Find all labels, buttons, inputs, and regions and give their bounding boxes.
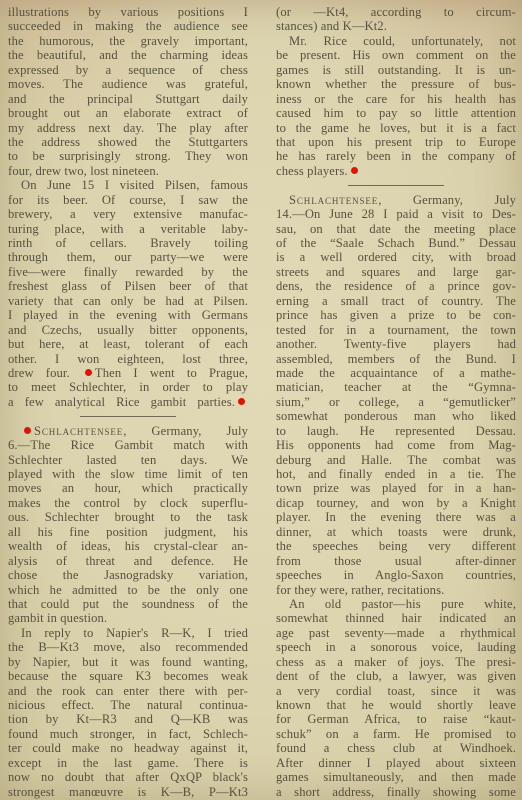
text-line: speech in a sonorous voice, lauding [276,640,516,654]
divider-rule [348,185,444,186]
dateline-place-name: Schlachtensee [34,424,123,438]
text-segment: His opponents had come from Mag- [276,438,516,452]
text-line: the speeches being very different [276,539,516,553]
text-segment: erning a small tract of country. The [276,294,516,308]
text-segment: wealth of ideas, his crystal-clear an- [8,539,248,553]
red-dot-marker-icon [24,427,31,434]
text-segment: for German Africa, to raise “kaut- [276,712,516,726]
text-segment: age past seventy—made a rhythmical [276,626,516,640]
text-segment: dens, the residence of a prince gov- [276,279,516,293]
text-segment: the B—Kt3 move, also recommended [8,640,248,654]
text-segment: chess players. [276,164,348,178]
text-line: succeeded in making the audience see [8,19,248,33]
text-line: that upon his present trip to Europe [276,135,516,149]
text-segment: a very cordial toast, since it was [276,684,516,698]
text-line: chess as a maker of joys. The presi- [276,655,516,669]
text-segment: expressed by a sequence of chess [8,63,248,77]
text-line: town prize was played for in a han- [276,481,516,495]
text-line: a short address, finally showing some [276,785,516,799]
text-line: and Czechs, usually bitter opponents, [8,323,248,337]
text-segment: hot, and finally ended in a tie. The [276,467,516,481]
text-line: my address next day. The play after [8,121,248,135]
text-line: In reply to Napier's R—K, I tried [8,626,248,640]
text-segment: ous. Schlechter brought to the task [8,510,248,524]
text-segment: my address next day. The play after [8,121,248,135]
text-segment: played with the slow time limit of ten [8,467,248,481]
text-line: makes the control by clock superflu- [8,496,248,510]
text-segment: the humorous, the gravely important, [8,34,248,48]
text-segment: speech in a sonorous voice, lauding [276,640,516,654]
text-segment: ter could make no headway against it, [8,741,248,755]
text-line: for German Africa, to raise “kaut- [276,712,516,726]
text-line: prince has given a prize to be con- [276,308,516,322]
text-line: sau, on that date the meeting place [276,222,516,236]
text-line: erning a small tract of country. The [276,294,516,308]
text-segment: and the principal Stuttgart daily [8,92,248,106]
text-line: illustrations by various positions I [8,5,248,19]
text-segment: be present. His own comment on the [276,48,516,62]
text-segment: brewery, a very extensive manufac- [8,207,248,221]
text-segment: caused him to pay so little attention [276,106,516,120]
text-line: to be surprisingly strong. They won [8,149,248,163]
text-line: brewery, a very extensive manufac- [8,207,248,221]
text-segment: and the rook can enter there with per- [8,684,248,698]
text-line: which he admitted to be the only one [8,583,248,597]
text-line: the beautiful, and the charming ideas [8,48,248,62]
text-line: (or —Kt4, according to circum- [276,5,516,19]
text-line: all his fine position judgment, his [8,525,248,539]
text-segment: and Czechs, usually bitter opponents, [8,323,248,337]
text-line: schuk” on a farm. He promised to [276,727,516,741]
text-segment: because the square K3 becomes weak [8,669,248,683]
text-segment: assembled, members of the Bund. I [276,352,516,366]
text-segment: the address showed the Stuttgarters [8,135,248,149]
text-line: now no doubt that after QxQP black's [8,770,248,784]
text-segment: 6.—The Rice Gambit match with [8,438,248,452]
text-segment: somewhat thinned hair indicated an [276,611,516,625]
text-segment: After dinner I played about sixteen [276,756,516,770]
text-line: Schlachtensee, Germany, July [8,424,248,438]
text-line: On June 15 I visited Pilsen, famous [8,178,248,192]
text-segment: streets and squares and large gar- [276,265,516,279]
text-segment: I played in the evening with Germans [8,308,248,322]
text-line: chess players. [276,164,516,178]
text-line: deburg and Halle. The combat was [276,453,516,467]
two-column-text-area: illustrations by various positions Isucc… [0,0,522,799]
text-segment: found much stronger, in fact, Schlech- [8,727,248,741]
text-segment: iness or the care for his health has [276,92,516,106]
text-segment: somewhat ponderous man who liked [276,409,516,423]
text-segment: by Napier, but it was found wanting, [8,655,248,669]
text-segment: to meet Schlechter, in order to play [8,380,248,394]
text-line: a very cordial toast, since it was [276,684,516,698]
text-segment: sau, on that date the meeting place [276,222,516,236]
text-segment: now no doubt that after QxQP black's [8,770,248,784]
text-segment: (or —Kt4, according to circum- [276,5,516,19]
text-line: five—were finally rewarded by the [8,265,248,279]
text-line: because the square K3 becomes weak [8,669,248,683]
text-segment: dinner, at which toasts were drunk, [276,525,516,539]
text-line: strongest manœuvre is K—B, P—Kt3 [8,785,248,799]
text-segment: makes the control by clock superflu- [8,496,248,510]
text-line: freshest glass of Pilsen beer of that [8,279,248,293]
text-segment: , Germany, July [378,193,516,207]
text-line: for its beer. Of course, I saw the [8,193,248,207]
text-segment: schuk” on a farm. He promised to [276,727,516,741]
text-line: nicious effect. The natural continua- [8,698,248,712]
text-segment: that could put the soundness of the [8,597,248,611]
text-segment: rinth of cellars. Bravely toiling [8,236,248,250]
text-line: from those usual after-dinner [276,554,516,568]
text-line: moves an hour, which practically [8,481,248,495]
text-segment: all his fine position judgment, his [8,525,248,539]
text-segment: player. In the evening there was a [276,510,516,524]
text-line: through them, our party—we were [8,250,248,264]
text-segment: five—were finally rewarded by the [8,265,248,279]
text-segment: to the game he loves, but it is a fact [276,121,516,135]
text-segment: a short address, finally showing some [276,785,516,799]
text-line: the humorous, the gravely important, [8,34,248,48]
text-segment: town prize was played for in a han- [276,481,516,495]
text-line: but here, at least, tolerant of each [8,337,248,351]
text-segment: An old pastor—his pure white, [289,597,516,611]
text-segment: chose the Jasnogradsky variation, [8,568,248,582]
text-line: sium,” or college, a “gemutlicker” [276,395,516,409]
text-segment: sium,” or college, a “gemutlicker” [276,395,516,409]
text-segment: tested for in a tournament, the town [276,323,516,337]
text-line: another. Twenty-five players had [276,337,516,351]
text-line: stances) and K—Kt2. [276,19,516,33]
text-line: dens, the residence of a prince gov- [276,279,516,293]
text-line: is a well ordered city, with broad [276,250,516,264]
text-line: he has rarely been in the company of [276,149,516,163]
text-segment: the speeches being very different [276,539,516,553]
text-line: the B—Kt3 move, also recommended [8,640,248,654]
text-line: speeches in Anglo-Saxon countries, [276,568,516,582]
text-line: played with the slow time limit of ten [8,467,248,481]
text-segment: In reply to Napier's R—K, I tried [21,626,248,640]
book-page: illustrations by various positions Isucc… [0,0,522,800]
text-line: to meet Schlechter, in order to play [8,380,248,394]
text-line: somewhat ponderous man who liked [276,409,516,423]
text-line: turing place, with a veritable laby- [8,222,248,236]
text-line: except in the last game. There is [8,756,248,770]
text-line: known whether the pressure of bus- [276,77,516,91]
text-line: assembled, members of the Bund. I [276,352,516,366]
text-line: player. In the evening there was a [276,510,516,524]
text-line: After dinner I played about sixteen [276,756,516,770]
text-segment: illustrations by various positions I [8,5,248,19]
text-line: games simultaneously, and then made [276,770,516,784]
text-line: tested for in a tournament, the town [276,323,516,337]
text-segment: for they were, rather, recitations. [276,583,444,597]
text-line: to the game he loves, but it is a fact [276,121,516,135]
text-line: and the principal Stuttgart daily [8,92,248,106]
text-segment: On June 15 I visited Pilsen, famous [21,178,248,192]
text-line: ous. Schlechter brought to the task [8,510,248,524]
text-line: moves. The audience was grateful, [8,77,248,91]
text-segment: dicap tourney, and won by a Knight [276,496,516,510]
text-segment: of the “Saale Schach Bund.” Dessau [276,236,516,250]
text-segment: he has rarely been in the company of [276,149,516,163]
text-segment: games simultaneously, and then made [276,770,516,784]
text-segment: Schlechter lasted ten days. We [8,453,248,467]
text-segment: prince has given a prize to be con- [276,308,516,322]
text-segment: but here, at least, tolerant of each [8,337,248,351]
text-line: Schlechter lasted ten days. We [8,453,248,467]
text-segment: four, drew two, lost nineteen. [8,164,159,178]
text-segment: variety that can only be had at Pilsen. [8,294,248,308]
text-segment: that upon his present trip to Europe [276,135,516,149]
text-segment: except in the last game. There is [8,756,248,770]
text-segment: from those usual after-dinner [276,554,516,568]
text-segment: moves. The audience was grateful, [8,77,248,91]
text-segment: another. Twenty-five players had [276,337,516,351]
text-segment: strongest manœuvre is K—B, P—Kt3 [8,785,248,799]
text-segment: the beautiful, and the charming ideas [8,48,248,62]
text-line: brought out an elaborate extract of [8,106,248,120]
text-line: that could put the soundness of the [8,597,248,611]
text-segment: turing place, with a veritable laby- [8,222,248,236]
text-segment: moves an hour, which practically [8,481,248,495]
text-segment: is a well ordered city, with broad [276,250,516,264]
text-segment: stances) and K—Kt2. [276,19,387,33]
text-line: dent of the club, a lawyer, was given [276,669,516,683]
text-line: be present. His own comment on the [276,48,516,62]
text-segment: Then I went to Prague, [95,366,248,380]
text-line: hot, and finally ended in a tie. The [276,467,516,481]
text-line: other. I won eighteen, lost three, [8,352,248,366]
text-line: 6.—The Rice Gambit match with [8,438,248,452]
text-line: I played in the evening with Germans [8,308,248,322]
text-line: An old pastor—his pure white, [276,597,516,611]
text-segment: , Germany, July [123,424,248,438]
text-segment: brought out an elaborate extract of [8,106,248,120]
text-line: known that he would shortly leave [276,698,516,712]
text-segment: a few analytical Rice gambit parties. [8,395,235,409]
text-line: somewhat thinned hair indicated an [276,611,516,625]
text-line: 14.—On June 28 I paid a visit to Des- [276,207,516,221]
text-line: games is still outstanding. It is un- [276,63,516,77]
text-line: expressed by a sequence of chess [8,63,248,77]
text-line: variety that can only be had at Pilsen. [8,294,248,308]
text-segment: made the acquaintance of a mathe- [276,366,516,380]
red-dot-marker-icon [238,398,245,405]
text-segment: nicious effect. The natural continua- [8,698,248,712]
text-segment: to laugh. He represented Dessau. [276,424,516,438]
text-line: age past seventy—made a rhythmical [276,626,516,640]
text-segment: freshest glass of Pilsen beer of that [8,279,248,293]
section-divider [8,409,248,423]
text-segment: tion by Kt—R3 and Q—KB was [8,712,248,726]
text-segment: through them, our party—we were [8,250,248,264]
text-line: by Napier, but it was found wanting, [8,655,248,669]
text-segment: succeeded in making the audience see [8,19,248,33]
text-segment: known that he would shortly leave [276,698,516,712]
text-line: iness or the care for his health has [276,92,516,106]
text-segment: matician, teacher at the “Gymna- [276,380,516,394]
text-line: ter could make no headway against it, [8,741,248,755]
text-line: for they were, rather, recitations. [276,583,516,597]
text-line: rinth of cellars. Bravely toiling [8,236,248,250]
text-segment: for its beer. Of course, I saw the [8,193,248,207]
text-segment: Mr. Rice could, unfortunately, not [289,34,516,48]
divider-rule [80,416,176,417]
dateline-place-name: Schlachtensee [289,193,378,207]
section-divider [276,178,516,192]
text-line: Mr. Rice could, unfortunately, not [276,34,516,48]
text-line: of the “Saale Schach Bund.” Dessau [276,236,516,250]
left-column: illustrations by various positions Isucc… [8,5,248,799]
text-segment: dent of the club, a lawyer, was given [276,669,516,683]
text-line: to laugh. He represented Dessau. [276,424,516,438]
text-line: the address showed the Stuttgarters [8,135,248,149]
text-segment: which he admitted to be the only one [8,583,248,597]
text-segment: speeches in Anglo-Saxon countries, [276,568,516,582]
text-segment: drew four. [8,366,82,380]
text-line: a few analytical Rice gambit parties. [8,395,248,409]
text-line: drew four. Then I went to Prague, [8,366,248,380]
text-segment: 14.—On June 28 I paid a visit to Des- [276,207,516,221]
text-line: four, drew two, lost nineteen. [8,164,248,178]
text-segment: gambit in question. [8,611,107,625]
text-line: tion by Kt—R3 and Q—KB was [8,712,248,726]
red-dot-marker-icon [351,167,358,174]
right-column: (or —Kt4, according to circum-stances) a… [276,5,516,799]
text-segment: to be surprisingly strong. They won [8,149,248,163]
text-line: found a chess club at Windhoek. [276,741,516,755]
text-line: made the acquaintance of a mathe- [276,366,516,380]
text-line: found much stronger, in fact, Schlech- [8,727,248,741]
text-segment: chess as a maker of joys. The presi- [276,655,516,669]
text-line: wealth of ideas, his crystal-clear an- [8,539,248,553]
text-line: dinner, at which toasts were drunk, [276,525,516,539]
text-line: His opponents had come from Mag- [276,438,516,452]
text-line: matician, teacher at the “Gymna- [276,380,516,394]
text-segment: other. I won eighteen, lost three, [8,352,248,366]
text-segment: known whether the pressure of bus- [276,77,516,91]
text-segment: alysis of threat and defence. He [8,554,248,568]
red-dot-marker-icon [85,369,92,376]
text-segment: deburg and Halle. The combat was [276,453,516,467]
text-line: streets and squares and large gar- [276,265,516,279]
text-line: caused him to pay so little attention [276,106,516,120]
text-line: alysis of threat and defence. He [8,554,248,568]
text-segment: found a chess club at Windhoek. [276,741,516,755]
text-line: Schlachtensee, Germany, July [276,193,516,207]
text-line: and the rook can enter there with per- [8,684,248,698]
text-line: chose the Jasnogradsky variation, [8,568,248,582]
text-segment: games is still outstanding. It is un- [276,63,516,77]
text-line: gambit in question. [8,611,248,625]
text-line: dicap tourney, and won by a Knight [276,496,516,510]
